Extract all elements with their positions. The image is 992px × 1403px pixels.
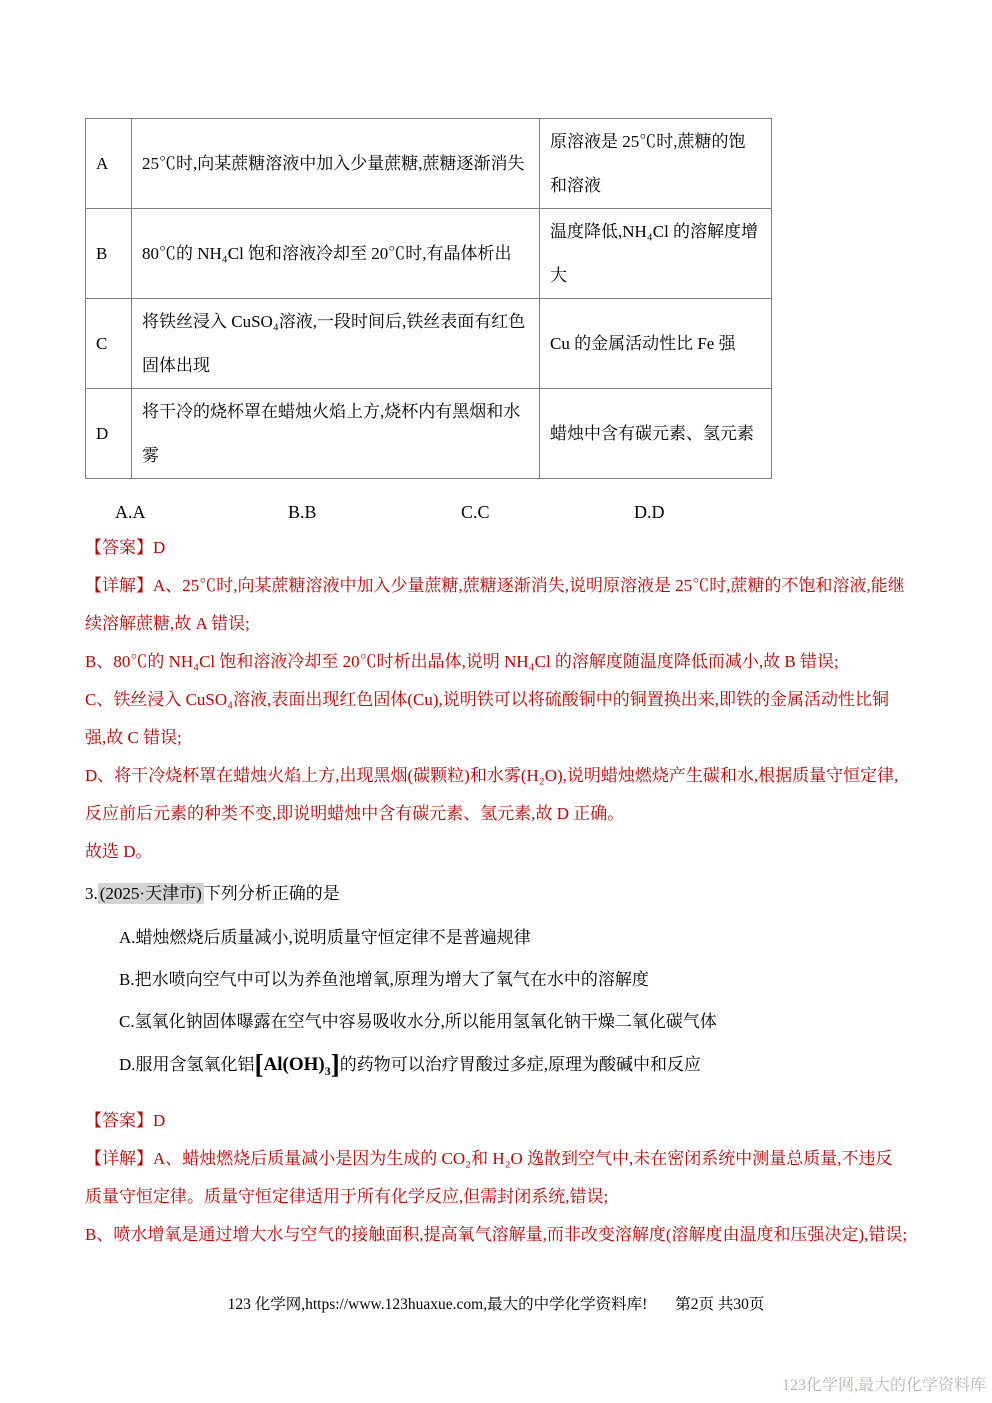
table-row-d: D 将干冷的烧杯罩在蜡烛火焰上方,烧杯内有黑烟和水雾 蜡烛中含有碳元素、氢元素 xyxy=(86,389,772,479)
experiment-cell: 将铁丝浸入 CuSO₄溶液,一段时间后,铁丝表面有红色固体出现 xyxy=(132,299,540,389)
analysis-text: A、蜡烛燃烧后质量减小是因为生成的 CO₂和 H₂O 逸散到空气中,未在密闭系统… xyxy=(85,1149,893,1206)
question3: 3.(2025·天津市)下列分析正确的是 xyxy=(85,875,909,913)
analysis-label: 【详解】 xyxy=(85,576,153,595)
formula-base: Al(OH) xyxy=(264,1054,325,1075)
table-row-c: C 将铁丝浸入 CuSO₄溶液,一段时间后,铁丝表面有红色固体出现 Cu 的金属… xyxy=(86,299,772,389)
question3-answer-line: 【答案】D xyxy=(85,1102,909,1140)
option-text: 氢氧化钠固体曝露在空气中容易吸收水分,所以能用氢氧化钠干燥二氧化碳气体 xyxy=(135,1012,717,1031)
choice-b: B.B xyxy=(288,495,461,529)
footer-site-info: 123 化学网,https://www.123huaxue.com,最大的中学化… xyxy=(228,1296,648,1313)
option-letter-cell: B xyxy=(86,209,132,299)
footer-page-number: 第2页 共30页 xyxy=(675,1296,764,1313)
option-text: 的药物可以治疗胃酸过多症,原理为酸碱中和反应 xyxy=(340,1055,701,1074)
choice-d: D.D xyxy=(634,495,807,529)
analysis-text: A、25℃时,向某蔗糖溶液中加入少量蔗糖,蔗糖逐渐消失,说明原溶液是 25℃时,… xyxy=(85,576,905,633)
analysis-paragraph-b: B、喷水增氧是通过增大水与空气的接触面积,提高氧气溶解量,而非改变溶解度(溶解度… xyxy=(85,1216,909,1254)
experiment-cell: 25℃时,向某蔗糖溶液中加入少量蔗糖,蔗糖逐渐消失 xyxy=(132,119,540,209)
question3-stem-line: 3.(2025·天津市)下列分析正确的是 xyxy=(85,875,909,913)
formula-open-bracket: [ xyxy=(255,1049,264,1079)
table-row-a: A 25℃时,向某蔗糖溶液中加入少量蔗糖,蔗糖逐渐消失 原溶液是 25℃时,蔗糖… xyxy=(86,119,772,209)
experiment-cell: 将干冷的烧杯罩在蜡烛火焰上方,烧杯内有黑烟和水雾 xyxy=(132,389,540,479)
question2-answer-line: 【答案】D xyxy=(85,529,909,567)
analysis-paragraph-a: 【详解】A、25℃时,向某蔗糖溶液中加入少量蔗糖,蔗糖逐渐消失,说明原溶液是 2… xyxy=(85,567,909,643)
choice-a: A.A xyxy=(115,495,288,529)
answer-value: D xyxy=(153,1111,165,1130)
option-text: 蜡烛燃烧后质量减小,说明质量守恒定律不是普遍规律 xyxy=(136,928,531,947)
question-table: A 25℃时,向某蔗糖溶液中加入少量蔗糖,蔗糖逐渐消失 原溶液是 25℃时,蔗糖… xyxy=(85,118,772,479)
conclusion-cell: Cu 的金属活动性比 Fe 强 xyxy=(540,299,772,389)
page-footer: 123 化学网,https://www.123huaxue.com,最大的中学化… xyxy=(0,1292,992,1314)
option-label: D. xyxy=(119,1055,136,1074)
option-c: C.氢氧化钠固体曝露在空气中容易吸收水分,所以能用氢氧化钠干燥二氧化碳气体 xyxy=(119,1001,909,1043)
option-label: B. xyxy=(119,970,135,989)
watermark: 123化学网,最大的化学资料库 xyxy=(782,1372,986,1395)
answer-value: D xyxy=(153,538,165,557)
analysis-paragraph-c: C、铁丝浸入 CuSO₄溶液,表面出现红色固体(Cu),说明铁可以将硫酸铜中的铜… xyxy=(85,681,909,757)
option-a: A.蜡烛燃烧后质量减小,说明质量守恒定律不是普遍规律 xyxy=(119,917,909,959)
question-number: 3. xyxy=(85,884,98,903)
option-d: D.服用含氢氧化铝[Al(OH)3]的药物可以治疗胃酸过多症,原理为酸碱中和反应 xyxy=(119,1043,909,1092)
answer-label: 【答案】 xyxy=(85,1111,153,1130)
option-letter-cell: D xyxy=(86,389,132,479)
formula-close-bracket: ] xyxy=(331,1049,340,1079)
question3-options: A.蜡烛燃烧后质量减小,说明质量守恒定律不是普遍规律 B.把水喷向空气中可以为养… xyxy=(119,917,909,1092)
option-text: 把水喷向空气中可以为养鱼池增氧,原理为增大了氧气在水中的溶解度 xyxy=(135,970,649,989)
question-source-highlight: (2025·天津市) xyxy=(98,883,204,904)
option-text: 服用含氢氧化铝 xyxy=(136,1055,255,1074)
analysis-paragraph-d: D、将干冷烧杯罩在蜡烛火焰上方,出现黑烟(碳颗粒)和水雾(H₂O),说明蜡烛燃烧… xyxy=(85,757,909,833)
option-label: A. xyxy=(119,928,136,947)
analysis-label: 【详解】 xyxy=(85,1149,153,1168)
option-letter-cell: A xyxy=(86,119,132,209)
chem-formula-aloh3: [Al(OH)3] xyxy=(255,1054,340,1075)
analysis-conclusion: 故选 D。 xyxy=(85,833,909,871)
conclusion-cell: 蜡烛中含有碳元素、氢元素 xyxy=(540,389,772,479)
question3-solution: 【答案】D 【详解】A、蜡烛燃烧后质量减小是因为生成的 CO₂和 H₂O 逸散到… xyxy=(85,1102,909,1254)
document-page: A 25℃时,向某蔗糖溶液中加入少量蔗糖,蔗糖逐渐消失 原溶液是 25℃时,蔗糖… xyxy=(0,0,992,1403)
conclusion-cell: 原溶液是 25℃时,蔗糖的饱和溶液 xyxy=(540,119,772,209)
analysis-paragraph-a: 【详解】A、蜡烛燃烧后质量减小是因为生成的 CO₂和 H₂O 逸散到空气中,未在… xyxy=(85,1140,909,1216)
question2-solution: 【答案】D 【详解】A、25℃时,向某蔗糖溶液中加入少量蔗糖,蔗糖逐渐消失,说明… xyxy=(85,529,909,871)
answer-label: 【答案】 xyxy=(85,538,153,557)
choice-c: C.C xyxy=(461,495,634,529)
question2-choices-row: A.AB.BC.CD.D xyxy=(115,495,909,529)
option-b: B.把水喷向空气中可以为养鱼池增氧,原理为增大了氧气在水中的溶解度 xyxy=(119,959,909,1001)
conclusion-cell: 温度降低,NH₄Cl 的溶解度增大 xyxy=(540,209,772,299)
analysis-paragraph-b: B、80℃的 NH₄Cl 饱和溶液冷却至 20℃时析出晶体,说明 NH₄Cl 的… xyxy=(85,643,909,681)
option-letter-cell: C xyxy=(86,299,132,389)
option-label: C. xyxy=(119,1012,135,1031)
question-stem: 下列分析正确的是 xyxy=(204,884,340,903)
experiment-cell: 80℃的 NH₄Cl 饱和溶液冷却至 20℃时,有晶体析出 xyxy=(132,209,540,299)
table-row-b: B 80℃的 NH₄Cl 饱和溶液冷却至 20℃时,有晶体析出 温度降低,NH₄… xyxy=(86,209,772,299)
page-content: A 25℃时,向某蔗糖溶液中加入少量蔗糖,蔗糖逐渐消失 原溶液是 25℃时,蔗糖… xyxy=(85,118,909,1254)
